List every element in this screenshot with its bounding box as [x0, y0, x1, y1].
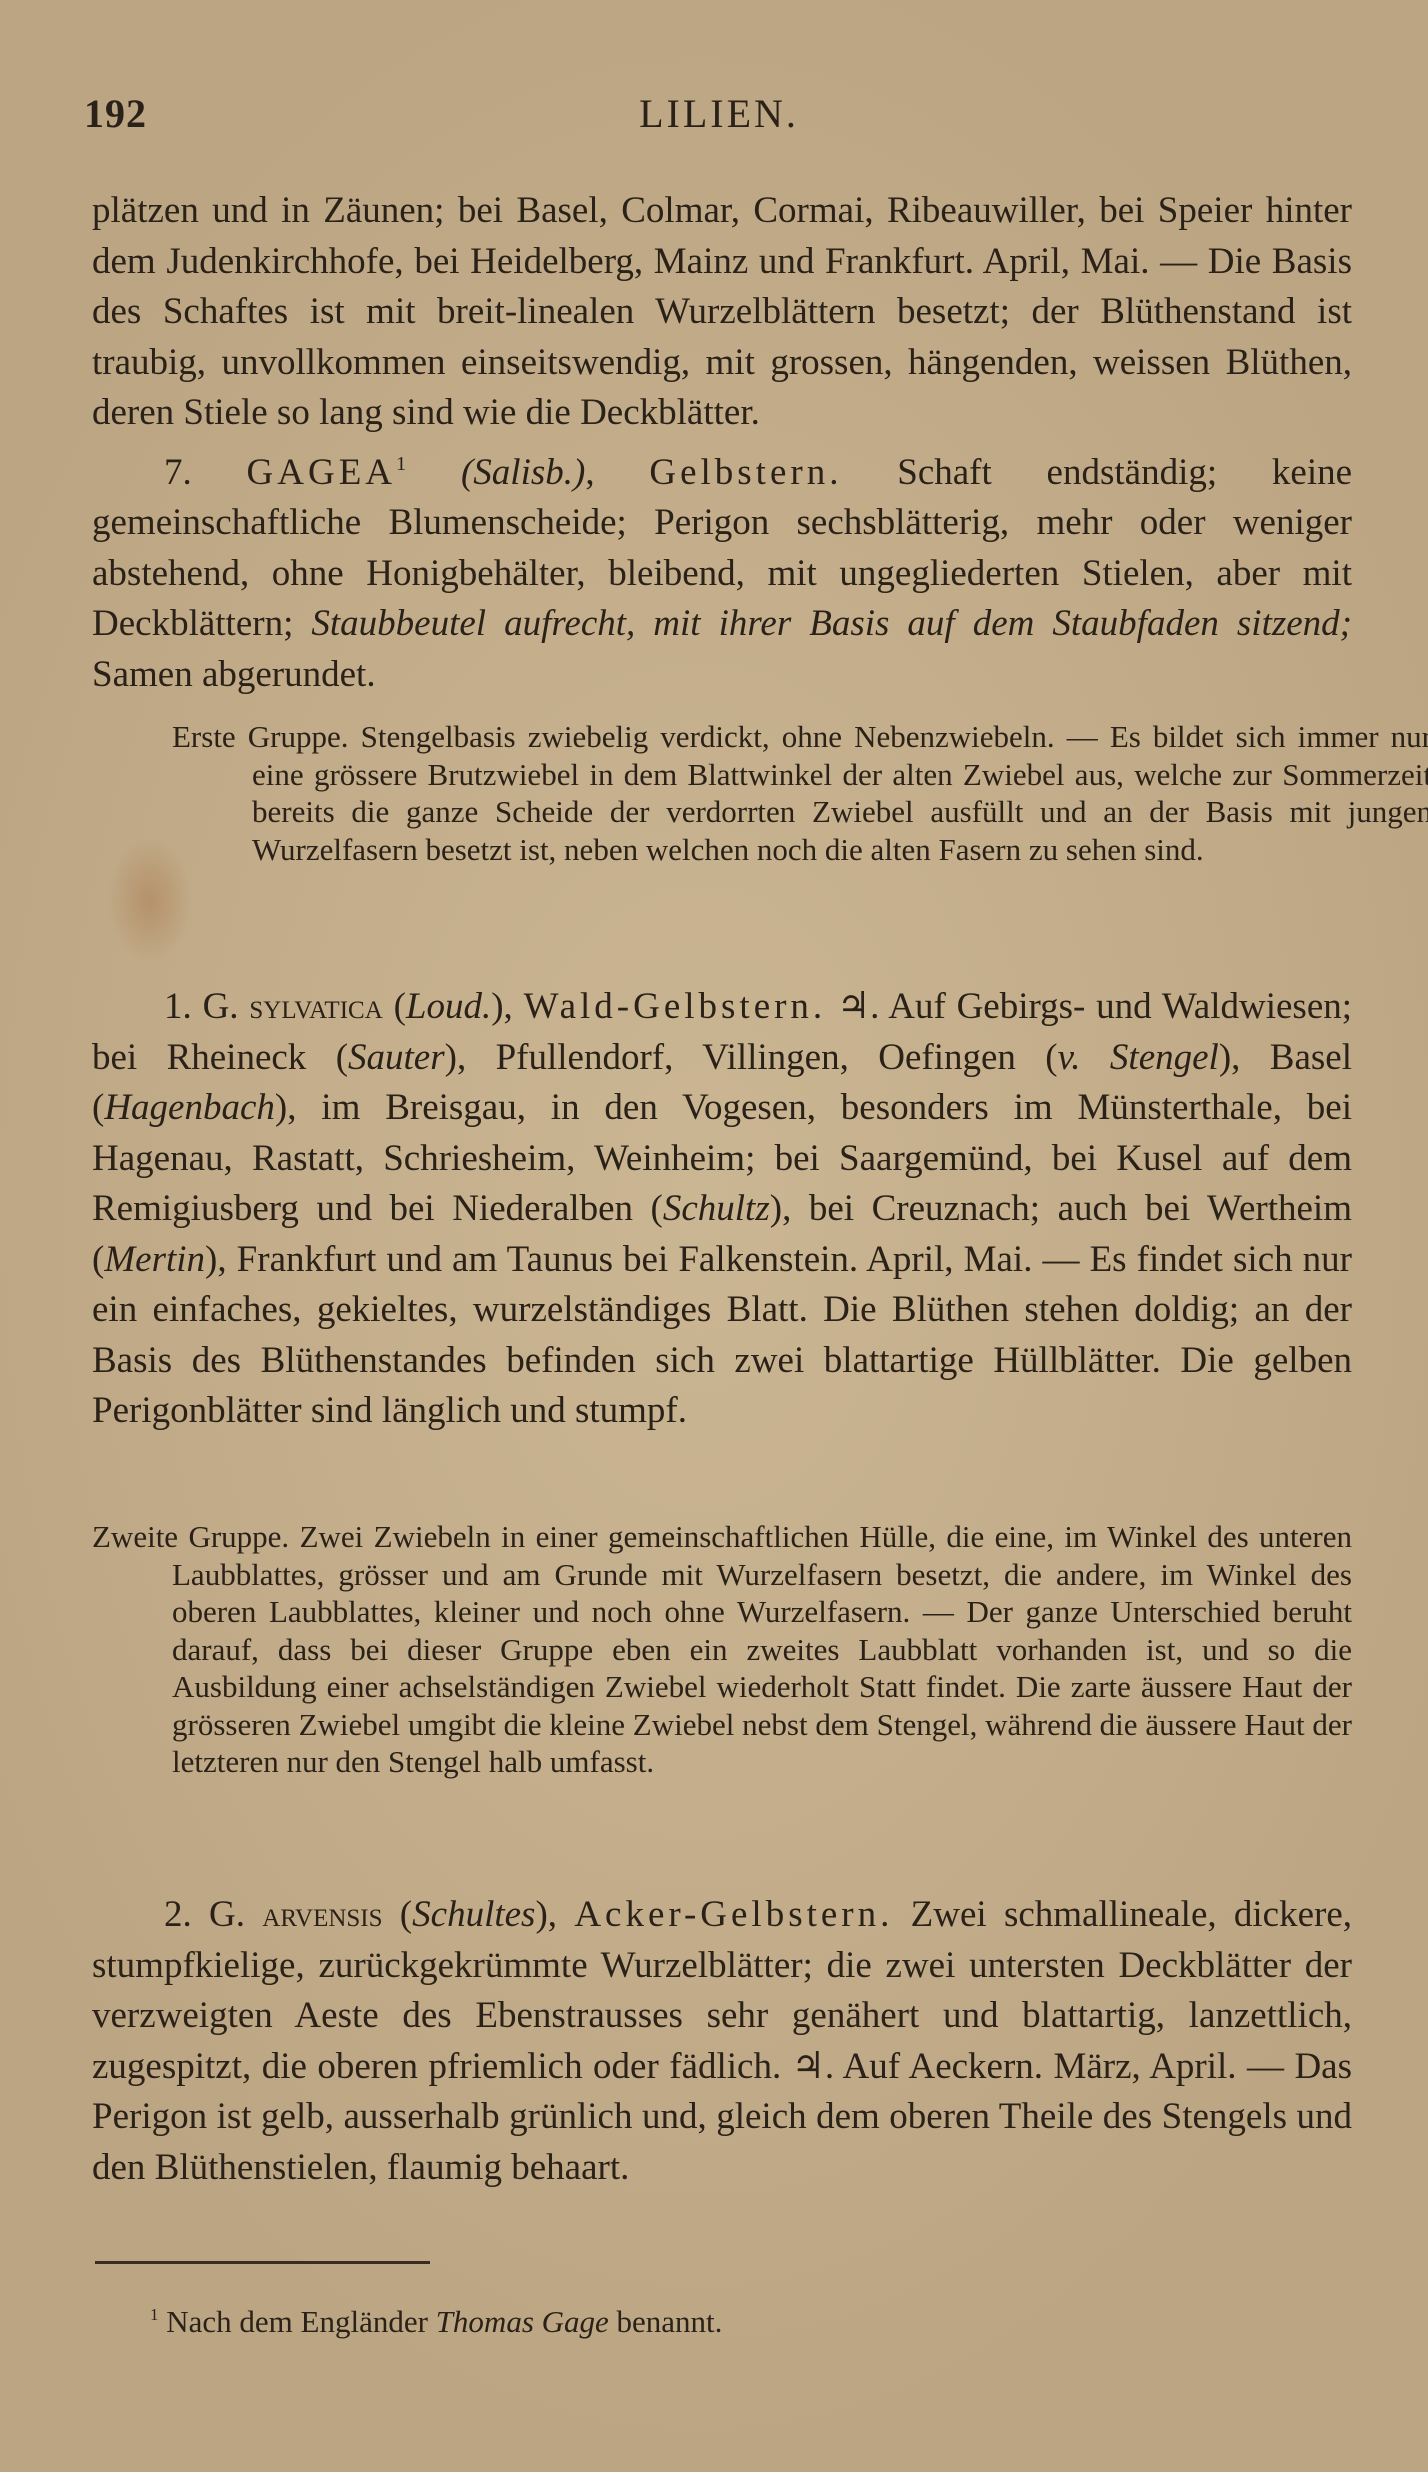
genus-italic-text: Staubbeutel aufrecht, mit ihrer Basis au…: [311, 603, 1352, 644]
species-1: 1. G. sylvatica (Loud.), Wald-Gelbstern.…: [92, 982, 1352, 1437]
perennial-symbol: ♃.: [792, 2046, 834, 2087]
genus-number: 7.: [164, 452, 192, 493]
footnote-marker: 1: [150, 2305, 159, 2324]
collector: v. Stengel: [1058, 1037, 1219, 1078]
footnote-text: Nach dem Engländer: [166, 2304, 428, 2339]
footnote: 1 Nach dem Engländer Thomas Gage benannt…: [150, 2296, 722, 2341]
species-2: 2. G. arvensis (Schultes), Acker-Gelbste…: [92, 1890, 1352, 2193]
book-page: 192 LILIEN. plätzen und in Zäunen; bei B…: [0, 0, 1428, 2472]
group-label: Zweite Gruppe.: [92, 1519, 289, 1554]
species-author: Schultes: [412, 1894, 535, 1935]
group-text: Stengelbasis zwiebelig verdickt, ohne Ne…: [252, 719, 1428, 867]
species-common-name: Wald-Gelbstern.: [524, 986, 827, 1027]
species-name: arvensis: [262, 1895, 382, 1934]
species-text: ), Frankfurt und am Taunus bei Falkenste…: [92, 1239, 1352, 1432]
continuation-paragraph: plätzen und in Zäunen; bei Basel, Colmar…: [92, 186, 1352, 439]
genus-description: 7. GAGEA1 (Salisb.), Gelbstern. Schaft e…: [92, 439, 1352, 701]
group-2-note: Zweite Gruppe. Zwei Zwiebeln in einer ge…: [92, 1518, 1352, 1781]
species-number: 1. G.: [164, 986, 239, 1027]
footnote-italic: Thomas Gage: [436, 2304, 609, 2339]
collector: Hagenbach: [104, 1087, 275, 1128]
genus-text-end: Samen abgerundet.: [92, 654, 376, 695]
group-text: Zwei Zwiebeln in einer gemeinschaftliche…: [172, 1519, 1352, 1779]
genus-author: (Salisb.): [461, 452, 585, 493]
collector: Sauter: [348, 1037, 445, 1078]
species-name: sylvatica: [249, 987, 382, 1026]
species-common-name: Acker-Gelbstern.: [574, 1894, 893, 1935]
group-label: Erste Gruppe.: [172, 719, 349, 754]
genus-common-name: Gelbstern.: [649, 452, 842, 493]
collector: Mertin: [104, 1239, 205, 1280]
footnote-text: benannt.: [617, 2304, 723, 2339]
footnote-ref: 1: [396, 453, 406, 475]
page-header: 192 LILIEN.: [84, 90, 1354, 140]
genus-name: GAGEA: [247, 452, 396, 493]
footnote-divider: [95, 2261, 430, 2264]
species-number: 2. G.: [164, 1894, 245, 1935]
group-1-note: Erste Gruppe. Stengelbasis zwiebelig ver…: [92, 718, 1428, 868]
collector: Schultz: [663, 1188, 770, 1229]
body-text: plätzen und in Zäunen; bei Basel, Colmar…: [92, 186, 1352, 700]
species-author: Loud.: [406, 986, 491, 1027]
running-head: LILIEN.: [84, 90, 1354, 137]
species-text: ), Pfullendorf, Villingen, Oefingen (: [445, 1037, 1058, 1078]
perennial-symbol: ♃.: [837, 986, 879, 1027]
